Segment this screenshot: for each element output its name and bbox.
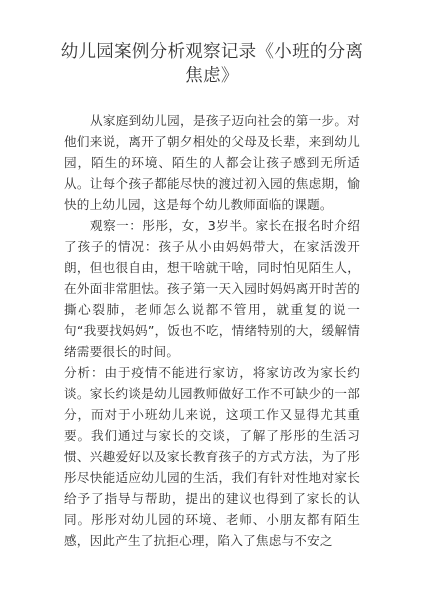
paragraph-analysis: 分析：由于疫情不能进行家访，将家访改为家长约谈。家长约谈是幼儿园教师做好工作不可… bbox=[64, 362, 360, 551]
document-title: 幼儿园案例分析观察记录《小班的分离焦虑》 bbox=[60, 40, 364, 88]
paragraph-intro: 从家庭到幼儿园，是孩子迈向社会的第一步。对他们来说，离开了朝夕相处的父母及长辈，… bbox=[64, 110, 360, 215]
document-body: 从家庭到幼儿园，是孩子迈向社会的第一步。对他们来说，离开了朝夕相处的父母及长辈，… bbox=[64, 110, 360, 551]
document-page: 幼儿园案例分析观察记录《小班的分离焦虑》 从家庭到幼儿园，是孩子迈向社会的第一步… bbox=[0, 0, 424, 600]
paragraph-observation-one: 观察一：彤彤，女，3岁半。家长在报名时介绍了孩子的情况：孩子从小由妈妈带大，在家… bbox=[64, 215, 360, 362]
